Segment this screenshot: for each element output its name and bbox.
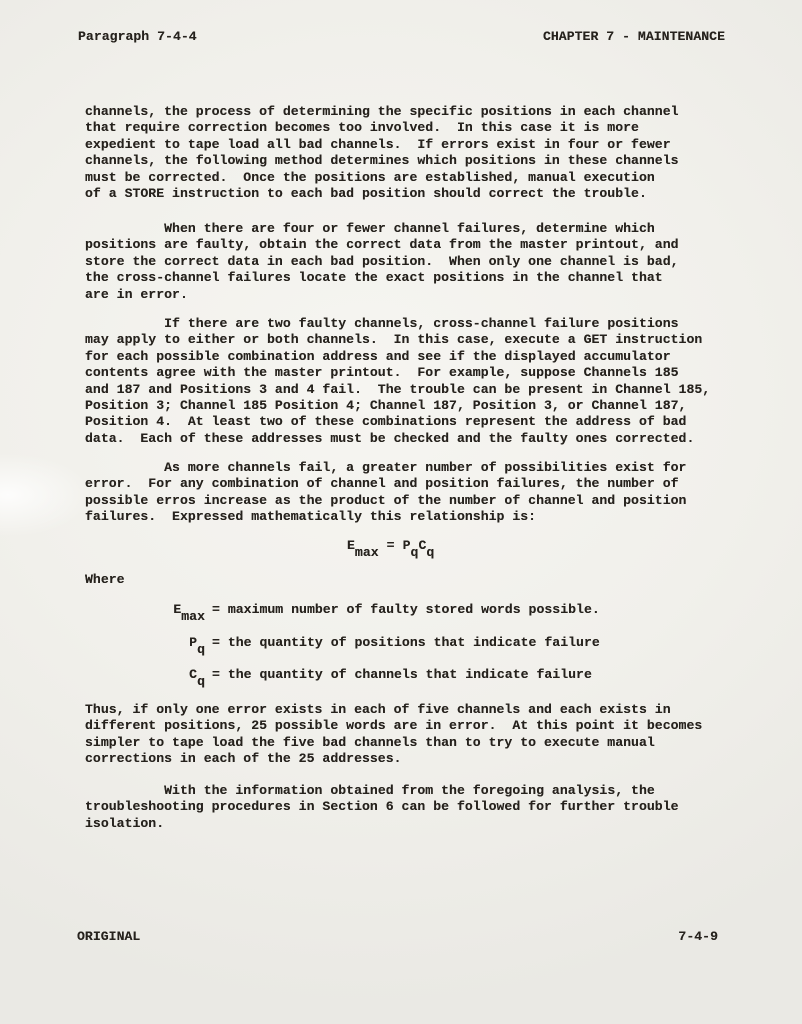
scanned-manual-page: Paragraph 7-4-4 CHAPTER 7 - MAINTENANCE … bbox=[0, 0, 802, 1024]
footer-original-label: ORIGINAL bbox=[77, 929, 140, 945]
definition-row-pq: Pq = the quantity of positions that indi… bbox=[85, 635, 600, 651]
body-paragraph-6: With the information obtained from the f… bbox=[85, 783, 730, 832]
definition-term: Pq bbox=[85, 635, 205, 651]
term-subscript: q bbox=[197, 674, 205, 689]
term-base: C bbox=[189, 667, 197, 682]
body-paragraph-1: channels, the process of determining the… bbox=[85, 104, 730, 202]
term-base: P bbox=[189, 635, 197, 650]
header-paragraph-ref: Paragraph 7-4-4 bbox=[78, 29, 197, 45]
formula-equals-sign: = bbox=[387, 538, 395, 553]
footer-page-number: 7-4-9 bbox=[678, 929, 718, 945]
formula-rhs1-subscript: q bbox=[411, 545, 419, 560]
formula-lhs-subscript: max bbox=[355, 545, 379, 560]
header-chapter-title: CHAPTER 7 - MAINTENANCE bbox=[543, 29, 725, 45]
formula-rhs1-base: P bbox=[403, 538, 411, 553]
page-header: Paragraph 7-4-4 CHAPTER 7 - MAINTENANCE bbox=[78, 29, 725, 45]
definition-text: = maximum number of faulty stored words … bbox=[212, 602, 600, 618]
definition-term: Emax bbox=[85, 602, 205, 618]
definition-text: = the quantity of positions that indicat… bbox=[212, 635, 600, 651]
definition-row-cq: Cq = the quantity of channels that indic… bbox=[85, 667, 592, 683]
body-paragraph-5: Thus, if only one error exists in each o… bbox=[85, 702, 730, 768]
term-subscript: q bbox=[197, 642, 205, 657]
definition-text: = the quantity of channels that indicate… bbox=[212, 667, 592, 683]
body-paragraph-4: As more channels fail, a greater number … bbox=[85, 460, 730, 526]
where-label: Where bbox=[85, 572, 125, 588]
body-paragraph-2: When there are four or fewer channel fai… bbox=[85, 221, 730, 303]
body-paragraph-3: If there are two faulty channels, cross-… bbox=[85, 316, 730, 447]
definition-term: Cq bbox=[85, 667, 205, 683]
emax-formula: Emax=PqCq bbox=[347, 538, 434, 554]
page-footer: ORIGINAL 7-4-9 bbox=[77, 929, 718, 945]
formula-rhs2-subscript: q bbox=[426, 545, 434, 560]
formula-lhs-base: E bbox=[347, 538, 355, 553]
definition-row-emax: Emax = maximum number of faulty stored w… bbox=[85, 602, 600, 618]
term-subscript: max bbox=[181, 609, 205, 624]
